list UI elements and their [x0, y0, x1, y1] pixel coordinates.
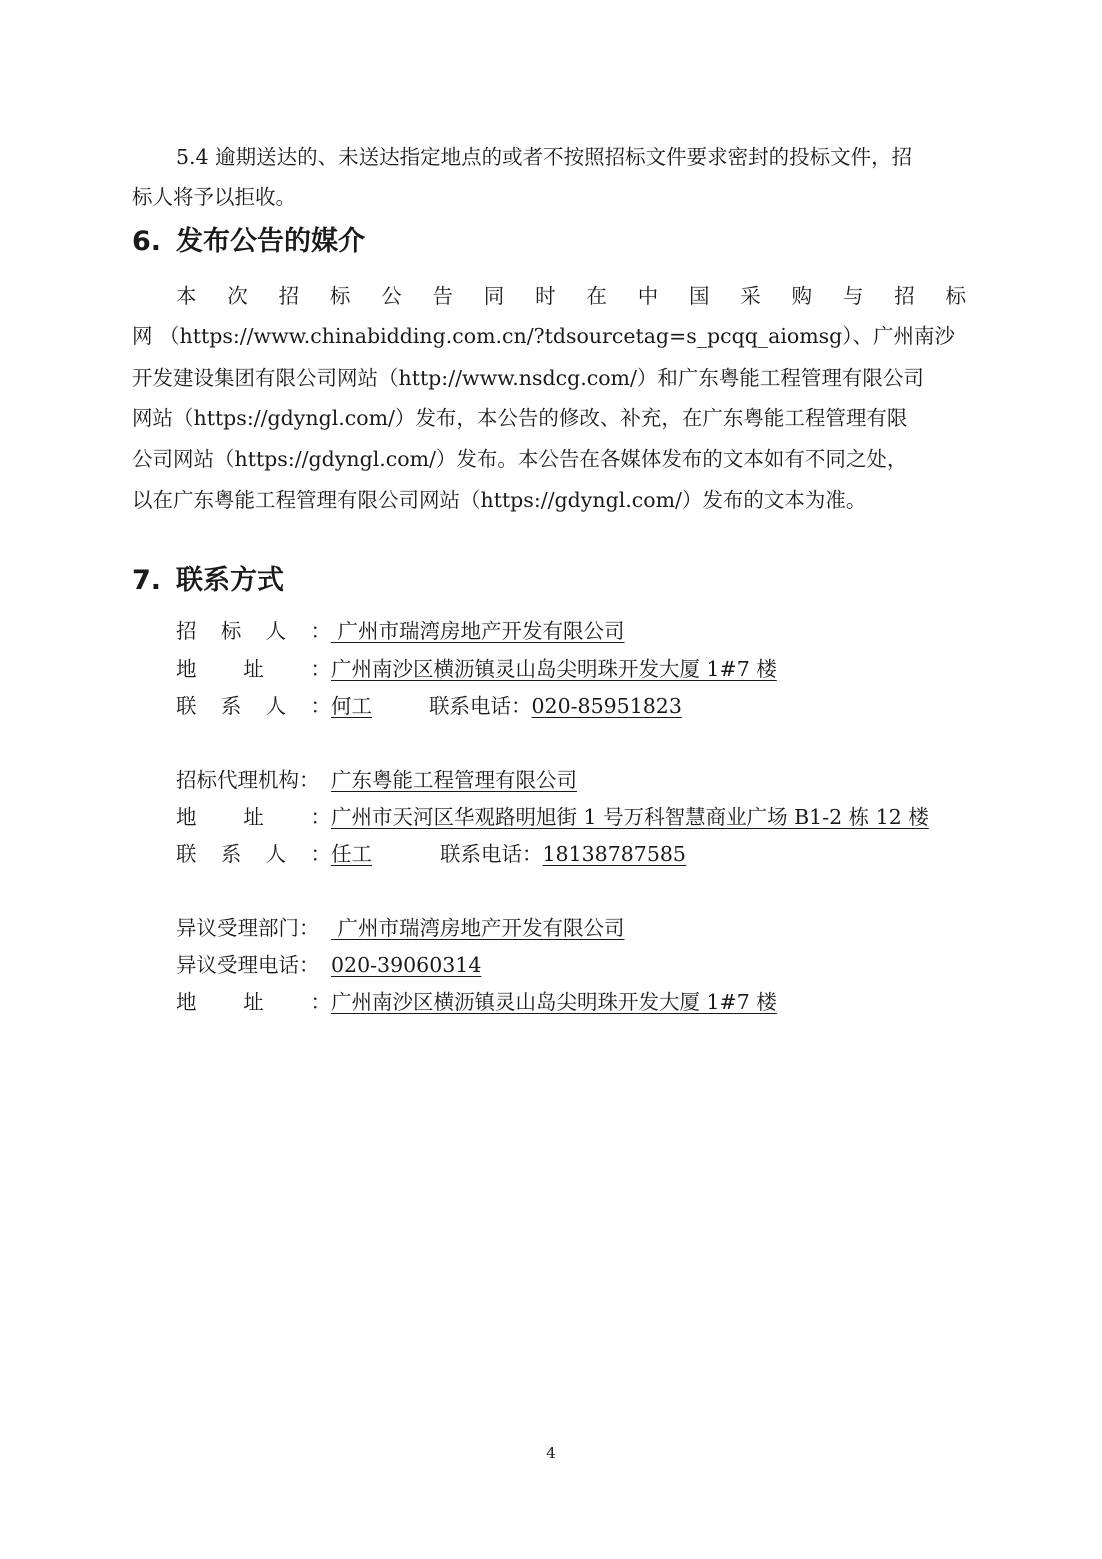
- objection-address-row: 地址：广州南沙区横沥镇灵山岛尖明珠开发大厦 1#7 楼: [176, 990, 777, 1014]
- section-6-line: 开发建设集团有限公司网站（http://www.nsdcg.com/）和广东粤能…: [132, 366, 966, 390]
- tenderer-phone: 020-85951823: [532, 694, 682, 718]
- tenderer-name: 广州市瑞湾房地产开发有限公司: [331, 619, 625, 643]
- agency-name: 广东粤能工程管理有限公司: [331, 768, 577, 792]
- paragraph-5-4-line2: 标人将予以拒收。: [132, 185, 966, 209]
- section-6-line: 本次招标公告同时在中国采购与招标: [176, 284, 966, 308]
- section-6-number: 6.: [132, 226, 176, 258]
- objection-address-label: 地址：: [176, 990, 331, 1014]
- tenderer-address: 广州南沙区横沥镇灵山岛尖明珠开发大厦 1#7 楼: [331, 657, 777, 681]
- objection-phone: 020-39060314: [331, 953, 481, 977]
- agency-address: 广州市天河区华观路明旭街 1 号万科智慧商业广场 B1-2 栋 12 楼: [331, 805, 929, 829]
- tenderer-contact: 何工: [331, 694, 372, 718]
- agency-contact-label: 联系人：: [176, 842, 331, 866]
- document-page: 5.4 逾期送达的、未送达指定地点的或者不按照招标文件要求密封的投标文件，招 标…: [0, 0, 1102, 1559]
- tenderer-name-row: 招标人： 广州市瑞湾房地产开发有限公司: [176, 619, 625, 643]
- agency-name-label: 招标代理机构：: [176, 768, 331, 792]
- objection-dept-row: 异议受理部门： 广州市瑞湾房地产开发有限公司: [176, 916, 625, 940]
- objection-address: 广州南沙区横沥镇灵山岛尖明珠开发大厦 1#7 楼: [331, 990, 777, 1014]
- agency-address-row: 地址：广州市天河区华观路明旭街 1 号万科智慧商业广场 B1-2 栋 12 楼: [176, 805, 929, 829]
- tenderer-phone-label: 联系电话：: [429, 694, 532, 718]
- section-6-line: 以在广东粤能工程管理有限公司网站（https://gdyngl.com/）发布的…: [132, 488, 966, 512]
- paragraph-5-4-line1: 5.4 逾期送达的、未送达指定地点的或者不按照招标文件要求密封的投标文件，招: [176, 145, 1010, 169]
- agency-phone: 18138787585: [543, 842, 686, 866]
- agency-contact-row: 联系人：任工联系电话：18138787585: [176, 842, 686, 866]
- objection-phone-row: 异议受理电话：020-39060314: [176, 953, 481, 977]
- agency-contact: 任工: [331, 842, 372, 866]
- section-7-heading: 7.联系方式: [132, 565, 284, 597]
- objection-dept: 广州市瑞湾房地产开发有限公司: [331, 916, 625, 940]
- agency-name-row: 招标代理机构：广东粤能工程管理有限公司: [176, 768, 577, 792]
- section-6-line: 公司网站（https://gdyngl.com/）发布。本公告在各媒体发布的文本…: [132, 447, 966, 471]
- section-7-title: 联系方式: [176, 565, 284, 596]
- section-6-heading: 6.发布公告的媒介: [132, 226, 365, 258]
- page-number: 4: [0, 1444, 1102, 1462]
- section-6-title: 发布公告的媒介: [176, 226, 365, 257]
- tenderer-address-label: 地址：: [176, 657, 331, 681]
- tenderer-address-row: 地址：广州南沙区横沥镇灵山岛尖明珠开发大厦 1#7 楼: [176, 657, 777, 681]
- section-6-line: 网 （https://www.chinabidding.com.cn/?tdso…: [132, 324, 966, 348]
- agency-address-label: 地址：: [176, 805, 331, 829]
- objection-dept-label: 异议受理部门：: [176, 916, 331, 940]
- agency-phone-label: 联系电话：: [440, 842, 543, 866]
- section-6-line: 网站（https://gdyngl.com/）发布，本公告的修改、补充，在广东粤…: [132, 406, 966, 430]
- tenderer-contact-row: 联系人：何工联系电话：020-85951823: [176, 694, 682, 718]
- section-7-number: 7.: [132, 565, 176, 597]
- tenderer-contact-label: 联系人：: [176, 694, 331, 718]
- objection-phone-label: 异议受理电话：: [176, 953, 331, 977]
- tenderer-name-label: 招标人：: [176, 619, 331, 643]
